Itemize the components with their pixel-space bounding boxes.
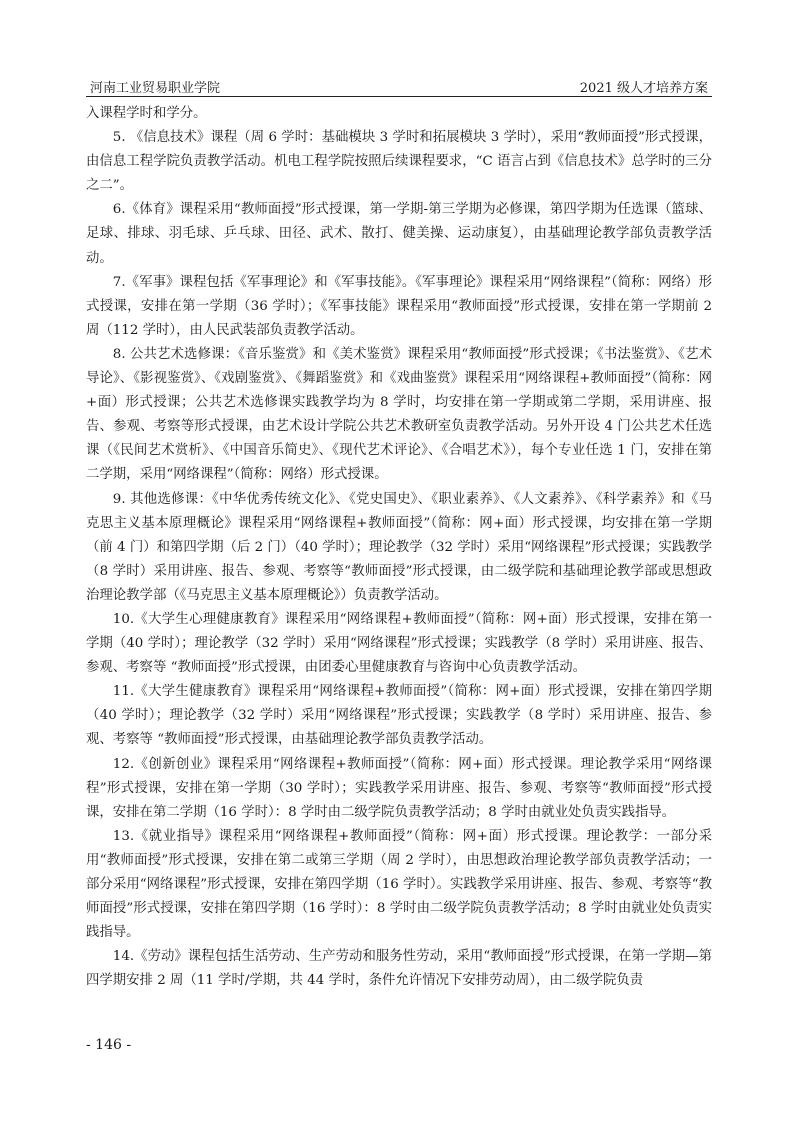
paragraph-item-12: 12.《创新创业》课程采用“网络课程+教师面授”（简称：网+面）形式授课。理论教…: [86, 753, 712, 825]
header-institution: 河南工业贸易职业学院: [90, 77, 220, 96]
paragraph-item-9: 9. 其他选修课：《中华优秀传统文化》、《党史国史》、《职业素养》、《人文素养》…: [86, 488, 712, 608]
document-body: 入课程学时和学分。 5. 《信息技术》课程（周 6 学时：基础模块 3 学时和拓…: [86, 102, 712, 993]
paragraph-item-8: 8. 公共艺术选修课：《音乐鉴赏》和《美术鉴赏》课程采用“教师面授”形式授课；《…: [86, 343, 712, 488]
page-header: 河南工业贸易职业学院 2021 级人才培养方案: [86, 74, 712, 97]
paragraph-item-5: 5. 《信息技术》课程（周 6 学时：基础模块 3 学时和拓展模块 3 学时），…: [86, 126, 712, 198]
paragraph-item-10: 10.《大学生心理健康教育》课程采用“网络课程+教师面授”（简称：网+面）形式授…: [86, 608, 712, 680]
paragraph-item-6: 6.《体育》课程采用“教师面授”形式授课，第一学期-第三学期为必修课，第四学期为…: [86, 198, 712, 270]
document-page: 河南工业贸易职业学院 2021 级人才培养方案 入课程学时和学分。 5. 《信息…: [0, 0, 793, 1122]
paragraph-item-7: 7.《军事》课程包括《军事理论》和《军事技能》。《军事理论》课程采用“网络课程”…: [86, 271, 712, 343]
page-number: - 146 -: [86, 1037, 131, 1053]
paragraph-item-11: 11.《大学生健康教育》课程采用“网络课程+教师面授”（简称：网+面）形式授课，…: [86, 680, 712, 752]
paragraph-item-14: 14.《劳动》课程包括生活劳动、生产劳动和服务性劳动，采用“教师面授”形式授课，…: [86, 945, 712, 993]
header-document-title: 2021 级人才培养方案: [580, 77, 708, 96]
paragraph-item-13: 13.《就业指导》课程采用“网络课程+教师面授”（简称：网+面）形式授课。理论教…: [86, 825, 712, 945]
paragraph-continuation: 入课程学时和学分。: [86, 102, 712, 126]
